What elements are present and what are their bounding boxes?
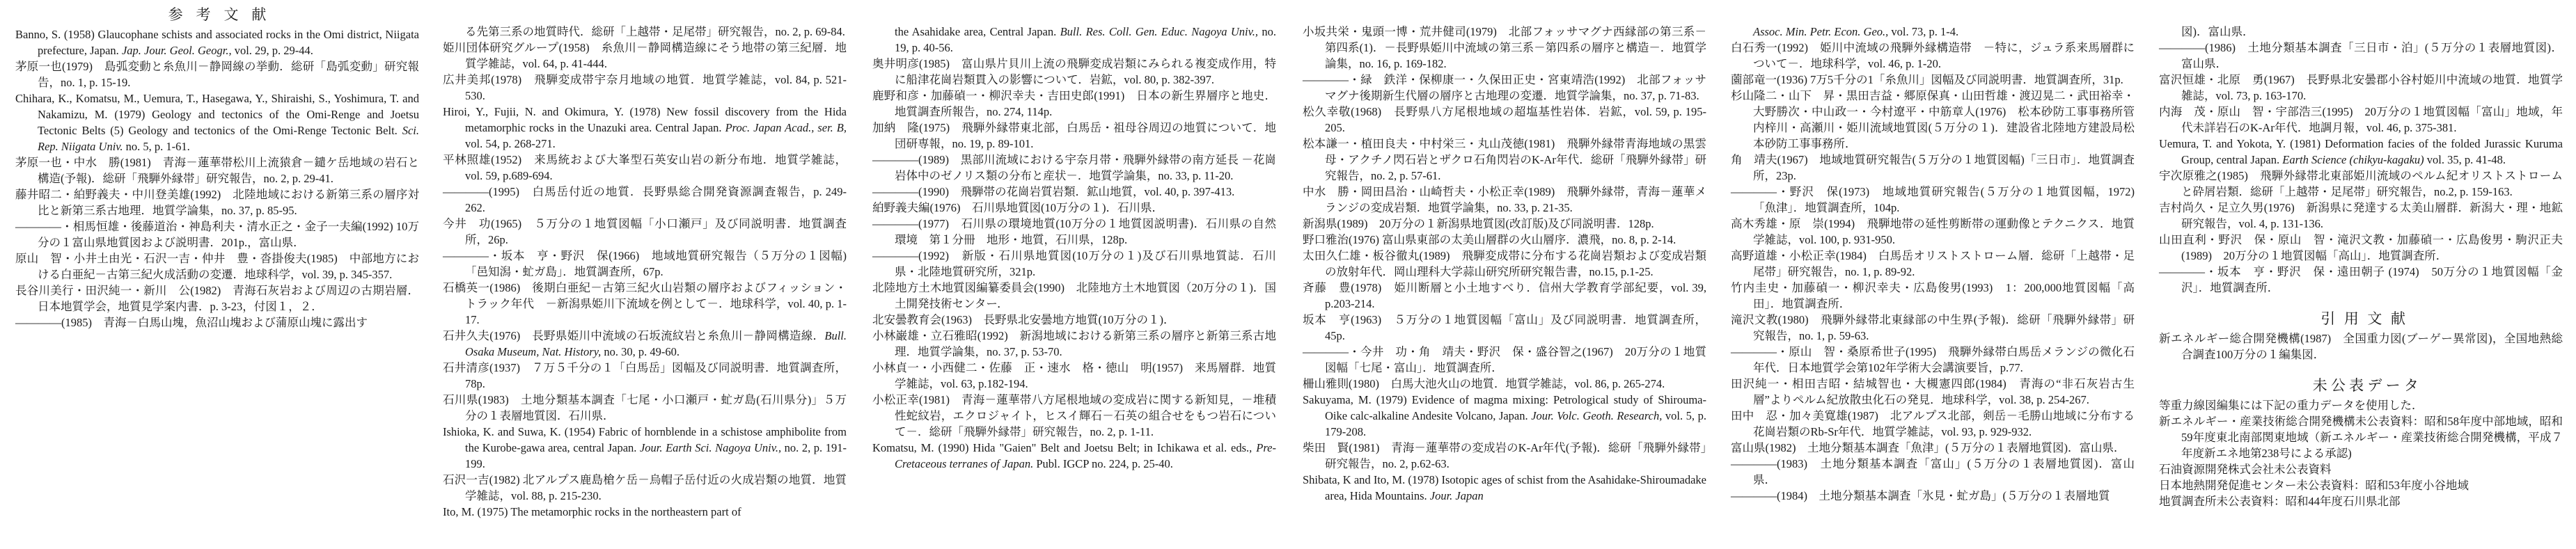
reference-entry: 斉藤 豊(1978) 姫川断層と小土地すべり．信州大学教育学部紀要，vol. 3… bbox=[1303, 280, 1706, 312]
reference-entry: 内海 茂・原山 智・宇部浩三(1995) 20万分の１地質図幅「富山」地域，年代… bbox=[2159, 104, 2563, 136]
journal-title: Sci. Rep. Niigata Univ. bbox=[38, 124, 419, 153]
reference-entry: 鹿野和彦・加藤碵一・柳沢幸夫・吉田史郎(1991) 日本の新生界層序と地史．地質… bbox=[872, 88, 1276, 120]
reference-entry: ――――(1995) 白馬岳付近の地質．長野県総合開発資源調査報告，p. 249… bbox=[443, 184, 847, 216]
reference-entry: ――――(1977) 石川県の環境地質(10万分の１地質図説明書)．石川県の自然… bbox=[872, 216, 1276, 248]
reference-entry: Banno, S. (1958) Glaucophane schists and… bbox=[15, 26, 419, 58]
reference-entry: ――――(1990) 飛騨帯の花崗岩質岩類．鉱山地質，vol. 40, p. 3… bbox=[872, 184, 1276, 200]
column-5: Assoc. Min. Petr. Econ. Geo., vol. 73, p… bbox=[1731, 0, 2135, 504]
reference-entry: 新エネルギー総合開発機構(1987) 全国重力図(ブーゲー異常図)，全国地熱総合… bbox=[2159, 331, 2563, 363]
reference-entry: ――――(1984) 土地分類基本調査「氷見・虻ガ島」(５万分の１表層地質 bbox=[1731, 488, 2135, 504]
reference-entry: 松久幸敬(1968) 長野県八方尾根地域の超塩基性岩体．岩鉱，vol. 59, … bbox=[1303, 104, 1706, 136]
journal-title: Pre-Cretaceous terranes of Japan. bbox=[895, 441, 1276, 470]
reference-entry: 坂本 亨(1963) ５万分の１地質図幅「富山」及び同説明書．地質調査所，45p… bbox=[1303, 312, 1706, 344]
journal-title: Proc. Japan Acad., ser. B, bbox=[725, 121, 847, 134]
reference-entry: ――――(1989) 黒部川流域における宇奈月帯・飛騨外縁帯の南方延長 －花崗岩… bbox=[872, 152, 1276, 184]
reference-entry: 山田直利・野沢 保・原山 智・滝沢文教・加藤碵一・広島俊男・駒沢正夫(1989)… bbox=[2159, 232, 2563, 264]
reference-entry: 絈野義夫編(1976) 石川県地質図(10万分の１)．石川県． bbox=[872, 200, 1276, 216]
reference-entry: 石油資源開発株式会社未公表資料 bbox=[2159, 461, 2563, 477]
reference-entry: 小坂共栄・鬼頭一博・荒井健司(1979) 北部フォッサマグナ西縁部の第三系－第四… bbox=[1303, 24, 1706, 72]
reference-entry: Chihara, K., Komatsu, M., Uemura, T., Ha… bbox=[15, 90, 419, 154]
reference-entry: 日本地熱開発促進センター未公表資料：昭和53年度小谷地域 bbox=[2159, 477, 2563, 493]
journal-title: Assoc. Min. Petr. Econ. Geo., bbox=[1753, 25, 1888, 38]
reference-entry: 等重力線図編集には下記の重力データを使用した． bbox=[2159, 397, 2563, 413]
reference-entry: Shibata, K and Ito, M. (1978) Isotopic a… bbox=[1303, 472, 1706, 504]
column-4: 小坂共栄・鬼頭一博・荒井健司(1979) 北部フォッサマグナ西縁部の第三系－第四… bbox=[1303, 0, 1706, 504]
reference-entry: Sakuyama, M. (1979) Evidence of magma mi… bbox=[1303, 392, 1706, 440]
column-1: 参考文献 Banno, S. (1958) Glaucophane schist… bbox=[15, 0, 419, 331]
reference-entry: ――――・野沢 保(1973) 地域地質研究報告(５万分の１地質図幅，1972)… bbox=[1731, 184, 2135, 216]
reference-entry: 茅原一也・中水 勝(1981) 青海－蓮華帯松川上流猿倉－鑓ケ岳地域の岩石と構造… bbox=[15, 154, 419, 186]
reference-entry: 松本謙一・植田良夫・中村栄三・丸山茂徳(1981) 飛騨外縁帯青海地域の黒雲母・… bbox=[1303, 136, 1706, 184]
reference-entry: 石川県(1983) 土地分類基本調査「七尾・小口瀬戸・虻ガ島(石川県分)」５万分… bbox=[443, 392, 847, 424]
reference-entry: る先第三系の地質時代．総研「上越帯・足尾帯」研究報告，no. 2, p. 69-… bbox=[443, 24, 847, 40]
reference-entry: the Asahidake area, Central Japan. Bull.… bbox=[872, 24, 1276, 56]
journal-title: Bull. Res. Coll. Gen. Educ. Nagoya Univ.… bbox=[1060, 25, 1258, 38]
journal-title: Jour. Earth Sci. Nagoya Univ., bbox=[640, 441, 781, 454]
reference-entry: 広井美邦(1978) 飛騨変成帯宇奈月地域の地質．地質学雑誌，vol. 84, … bbox=[443, 72, 847, 104]
reference-entry: 石沢一吉(1982) 北アルプス鹿島槍ケ岳－烏帽子岳付近の火成岩類の地質．地質学… bbox=[443, 472, 847, 504]
reference-entry: 姫川団体研究グループ(1958) 糸魚川－静岡構造線にそう地帯の第三紀層．地質学… bbox=[443, 40, 847, 72]
reference-entry: 角 靖夫(1967) 地域地質研究報告(５万分の１地質図幅)「三日市」．地質調査… bbox=[1731, 152, 2135, 184]
reference-entry: 茅原一也(1979) 島弧変動と糸魚川－静岡線の挙動．総研「島弧変動」研究報告，… bbox=[15, 58, 419, 90]
reference-entry: 富山県(1982) 土地分類基本調査「魚津」(５万分の１表層地質図)．富山県． bbox=[1731, 440, 2135, 456]
reference-entry: ――――(1986) 土地分類基本調査「三日市・泊」(５万分の１表層地質図)．富… bbox=[2159, 40, 2563, 72]
reference-entry: 柴田 賢(1981) 青海－蓮華帯の変成岩のK-Ar年代(予報)．総研「飛騨外縁… bbox=[1303, 440, 1706, 472]
reference-entry: 野口雅治(1976) 富山県東部の太美山層群の火山層序．濃飛，no. 8, p.… bbox=[1303, 232, 1706, 248]
reference-entry: 原山 智・小井土由光・石沢一吉・仲井 豊・沓掛俊夫(1985) 中部地方における… bbox=[15, 250, 419, 283]
cited-ref-list: 新エネルギー総合開発機構(1987) 全国重力図(ブーゲー異常図)，全国地熱総合… bbox=[2159, 331, 2563, 363]
reference-entry: 柵山雅則(1980) 白馬大池火山の地質．地質学雑誌，vol. 86, p. 2… bbox=[1303, 376, 1706, 392]
ref-list: the Asahidake area, Central Japan. Bull.… bbox=[872, 24, 1276, 472]
reference-entry: 宇次原雅之(1985) 飛騨外縁帯北東部姫川流域のペルム紀オリストストロームと砕… bbox=[2159, 168, 2563, 200]
cited-references-heading: 引用文献 bbox=[2159, 307, 2563, 331]
reference-entry: 高木秀雄・原 崇(1994) 飛騨地帯の延性剪断帯の運動像とテクニクス．地質学雑… bbox=[1731, 216, 2135, 248]
reference-entry: Uemura, T. and Yokota, Y. (1981) Deforma… bbox=[2159, 136, 2563, 168]
reference-entry: ――――・今井 功・角 靖夫・野沢 保・盛谷智之(1967) 20万分の１地質図… bbox=[1303, 344, 1706, 376]
reference-entry: 今井 功(1965) ５万分の１地質図幅「小口瀬戸」及び同説明書．地質調査所，2… bbox=[443, 216, 847, 248]
reference-entry: Assoc. Min. Petr. Econ. Geo., vol. 73, p… bbox=[1731, 24, 2135, 40]
reference-entry: ――――・相馬恒雄・後藤道治・神島利夫・清水正之・金子一夫編(1992) 10万… bbox=[15, 218, 419, 250]
reference-entry: 平林照雄(1952) 来馬統および大峯型石英安山岩の新分布地．地質学雑誌，vol… bbox=[443, 152, 847, 184]
journal-title: Earth Science (chikyu-kagaku) bbox=[2282, 153, 2424, 166]
reference-entry: ――――・原山 智・桑原希世子(1995) 飛騨外縁帯白馬岳メランジの微化石年代… bbox=[1731, 344, 2135, 376]
reference-entry: 高野道雄・小松正幸(1984) 白馬岳オリストストローム層．総研「上越帯・足尾帯… bbox=[1731, 248, 2135, 280]
column-2: る先第三系の地質時代．総研「上越帯・足尾帯」研究報告，no. 2, p. 69-… bbox=[443, 0, 847, 520]
unpublished-list: 等重力線図編集には下記の重力データを使用した．新エネルギー・産業技術総合開発機構… bbox=[2159, 397, 2563, 509]
reference-entry: ――――・坂本 亨・野沢 保(1966) 地域地質研究報告（５万分の１図幅)「邑… bbox=[443, 248, 847, 280]
reference-entry: 田中 忍・加々美寛雄(1987) 北アルプス北部，剣岳－毛勝山地域に分布する花崗… bbox=[1731, 408, 2135, 440]
journal-title: Jour. Japan bbox=[1430, 489, 1484, 502]
reference-entry: 新エネルギー・産業技術総合開発機構未公表資料：昭和58年度中部地域，昭和59年度… bbox=[2159, 413, 2563, 461]
reference-entry: 吉村尚久・足立久男(1976) 新潟県に発達する太美山層群．新潟大・理・地鉱研究… bbox=[2159, 200, 2563, 232]
unpublished-data-heading: 未公表データ bbox=[2159, 374, 2563, 397]
reference-entry: ――――(1985) 青海－白馬山塊，魚沼山塊および蒲原山塊に露出す bbox=[15, 315, 419, 331]
ref-list: Banno, S. (1958) Glaucophane schists and… bbox=[15, 26, 419, 331]
reference-entry: 長谷川美行・田沢純一・新川 公(1982) 青海石灰岩および周辺の古期岩層．日本… bbox=[15, 283, 419, 315]
reference-entry: 白石秀一(1992) 姫川中流域の飛騨外縁構造帯 －特に，ジュラ系来馬層群につい… bbox=[1731, 40, 2135, 72]
reference-entry: 杉山隆二・山下 昇・黒田吉益・郷原保真・山田哲雄・渡辺晃二・武田裕幸・大野勝次・… bbox=[1731, 88, 2135, 152]
reference-entry: Komatsu, M. (1990) Hida "Gaien" Belt and… bbox=[872, 440, 1276, 472]
ref-list: Assoc. Min. Petr. Econ. Geo., vol. 73, p… bbox=[1731, 24, 2135, 504]
reference-entry: ――――(1983) 土地分類基本調査「富山」(５万分の１表層地質図)．富山県． bbox=[1731, 456, 2135, 488]
reference-entry: 藤井昭二・絈野義夫・中川登美雄(1992) 北陸地域における新第三系の層序対比と… bbox=[15, 186, 419, 218]
reference-entry: 富沢恒雄・北原 勇(1967) 長野県北安曇郡小谷村姫川中流域の地質．地質学雑誌… bbox=[2159, 72, 2563, 104]
reference-entry: 小松正幸(1981) 青海－蓮華帯八方尾根地域の変成岩に関する新知見，－堆積性蛇… bbox=[872, 392, 1276, 440]
reference-entry: 石井清彦(1937) ７万５千分の１「白馬岳」図幅及び同説明書．地質調査所，78… bbox=[443, 360, 847, 392]
reference-entry: 石井久夫(1976) 長野県姫川中流域の石坂流紋岩と糸魚川－静岡構造線．Bull… bbox=[443, 328, 847, 360]
reference-entry: 地質調査所未公表資料：昭和44年度石川県北部 bbox=[2159, 493, 2563, 509]
reference-entry: 薗部竜一(1936) 7万5千分の1「糸魚川」図幅及び同説明書．地質調査所，31… bbox=[1731, 72, 2135, 88]
reference-entry: 北安曇教育会(1963) 長野県北安曇地方地質(10万分の１)． bbox=[872, 312, 1276, 328]
column-3: the Asahidake area, Central Japan. Bull.… bbox=[872, 0, 1276, 472]
reference-entry: Hiroi, Y., Fujii, N. and Okimura, Y. (19… bbox=[443, 104, 847, 152]
reference-entry: 奥井明彦(1985) 富山県片貝川上流の飛騨変成岩類にみられる複変成作用，特に船… bbox=[872, 56, 1276, 88]
reference-entry: ――――・坂本 亨・野沢 保・遠田朝子 (1974) 50万分の１地質図幅「金沢… bbox=[2159, 264, 2563, 296]
reference-entry: Ishioka, K. and Suwa, K. (1954) Fabric o… bbox=[443, 424, 847, 472]
reference-entry: 加納 隆(1975) 飛騨外縁帯東北部，白馬岳・祖母谷周辺の地質について．地団研… bbox=[872, 120, 1276, 152]
reference-entry: Ito, M. (1975) The metamorphic rocks in … bbox=[443, 504, 847, 520]
reference-entry: ――――(1992) 新版・石川県地質図(10万分の１)及び石川県地質誌．石川県… bbox=[872, 248, 1276, 280]
reference-entry: 図)．富山県． bbox=[2159, 24, 2563, 40]
reference-entry: 小林貞一・小西健二・佐藤 正・速水 格・徳山 明(1957) 来馬層群．地質学雑… bbox=[872, 360, 1276, 392]
reference-entry: 小林巌雄・立石雅昭(1992) 新潟地域における新第三系の層序と新第三系古地理．… bbox=[872, 328, 1276, 360]
reference-entry: 太田久仁雄・板谷徹丸(1989) 飛騨変成帯に分布する花崗岩類および変成岩類の放… bbox=[1303, 248, 1706, 280]
reference-entry: 石橋英一(1986) 後期白亜紀－古第三紀火山岩類の層序およびフィッション・トラ… bbox=[443, 280, 847, 328]
reference-entry: 新潟県(1989) 20万分の１新潟県地質図(改訂版)及び同説明書．128p. bbox=[1303, 216, 1706, 232]
references-heading: 参考文献 bbox=[15, 3, 419, 26]
journal-title: Bull. Osaka Museum, Nat. History, bbox=[465, 329, 847, 358]
reference-entry: ――――・緑 鉄洋・保柳康一・久保田正史・宮東靖浩(1992) 北部フォッサマグ… bbox=[1303, 72, 1706, 104]
reference-entry: 中水 勝・岡田昌治・山崎哲夫・小松正幸(1989) 飛騨外縁帯，青海－蓮華メラン… bbox=[1303, 184, 1706, 216]
ref-list: 図)．富山県．――――(1986) 土地分類基本調査「三日市・泊」(５万分の１表… bbox=[2159, 24, 2563, 296]
ref-list: 小坂共栄・鬼頭一博・荒井健司(1979) 北部フォッサマグナ西縁部の第三系－第四… bbox=[1303, 24, 1706, 504]
reference-entry: 滝沢文教(1980) 飛騨外縁帯北東縁部の中生界(予報)．総研「飛騨外縁帯」研究… bbox=[1731, 312, 2135, 344]
reference-entry: 竹内圭史・加藤碵一・柳沢幸夫・広島俊男(1993) 1：200,000地質図幅「… bbox=[1731, 280, 2135, 312]
ref-list: る先第三系の地質時代．総研「上越帯・足尾帯」研究報告，no. 2, p. 69-… bbox=[443, 24, 847, 520]
journal-title: Jap. Jour. Geol. Geogr., bbox=[122, 44, 232, 57]
reference-entry: 田沢純一・相田吉昭・結城智也・大槻憲四郎(1984) 青海の“非石灰岩古生層”よ… bbox=[1731, 376, 2135, 408]
journal-title: Jour. Volc. Geoth. Research, bbox=[1531, 409, 1662, 422]
reference-entry: 北陸地方土木地質図編纂委員会(1990) 北陸地方土木地質図（20万分の１)．国… bbox=[872, 280, 1276, 312]
column-6: 図)．富山県．――――(1986) 土地分類基本調査「三日市・泊」(５万分の１表… bbox=[2159, 0, 2563, 509]
